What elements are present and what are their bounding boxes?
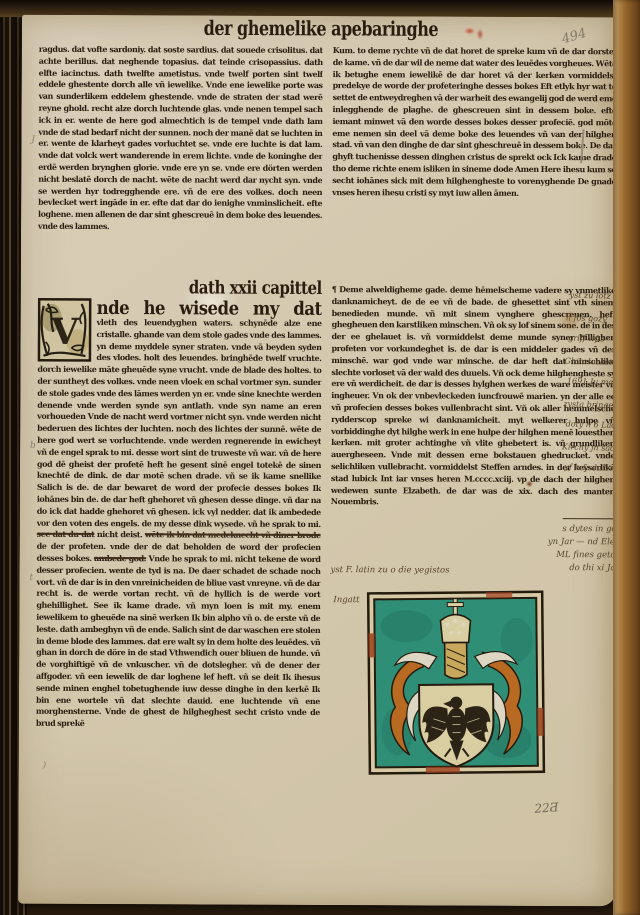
book-photo: der ghemelike apebaringhe 494 ragdus. da… <box>0 0 640 915</box>
left-column-text: ragdus. dat vofte sardoniy. dat soste sa… <box>38 44 323 285</box>
censored-text: see dat du dat <box>37 529 95 539</box>
margin-note: yn Jar — nd Elev <box>510 537 620 547</box>
body-text: myddele syner straten. vnde vā beyden sy… <box>37 341 322 529</box>
right-column-text: Kum. to deme rychte vñ de dat horet de s… <box>332 45 617 251</box>
annotation-below-colophon: yst F. latin zu o die yegistos <box>331 565 531 576</box>
coat-of-arms-woodcut <box>366 590 546 776</box>
annotation-ingatt: Ingatt <box>333 595 359 605</box>
censored-text: ambede god. <box>94 553 146 563</box>
left-margin-mark: J <box>31 135 35 145</box>
margin-annotations-lower: s dytes in gd. yn Jar — nd Elev ML fines… <box>509 524 619 596</box>
incipit-line: nde he wisede my dat <box>38 296 322 321</box>
shelf-mark-pencil: 22Ƌ <box>534 800 559 816</box>
running-title: der ghemelike apebaringhe <box>22 15 620 41</box>
book-fore-edge <box>613 0 640 915</box>
margin-note: Kirchy jn sadby <box>562 442 620 453</box>
censored-text: wēte ik bin dat medeknecht vñ diner brod… <box>145 530 321 541</box>
left-margin-mark: ) <box>43 761 47 771</box>
frame-rust <box>369 633 375 657</box>
margin-note: ML fines getor <box>510 550 620 560</box>
left-margin-mark: b <box>30 441 36 451</box>
red-ink-smudge <box>462 25 488 41</box>
incunable-page: der ghemelike apebaringhe 494 ragdus. da… <box>18 15 620 907</box>
body-text: Vnde he sprak to mi. nicht tekene de wor… <box>36 553 321 728</box>
left-column-chapter-body: V nde he wisede my dat vleth des leuendy… <box>35 296 321 846</box>
paper-stain <box>557 311 583 331</box>
body-text: nicht deist. <box>94 529 145 539</box>
ink-spot <box>526 481 533 487</box>
left-margin-mark: t <box>29 573 33 583</box>
margin-note: yf h & da Vmds <box>564 462 619 473</box>
margin-note: s dytes in gd. <box>510 524 620 534</box>
